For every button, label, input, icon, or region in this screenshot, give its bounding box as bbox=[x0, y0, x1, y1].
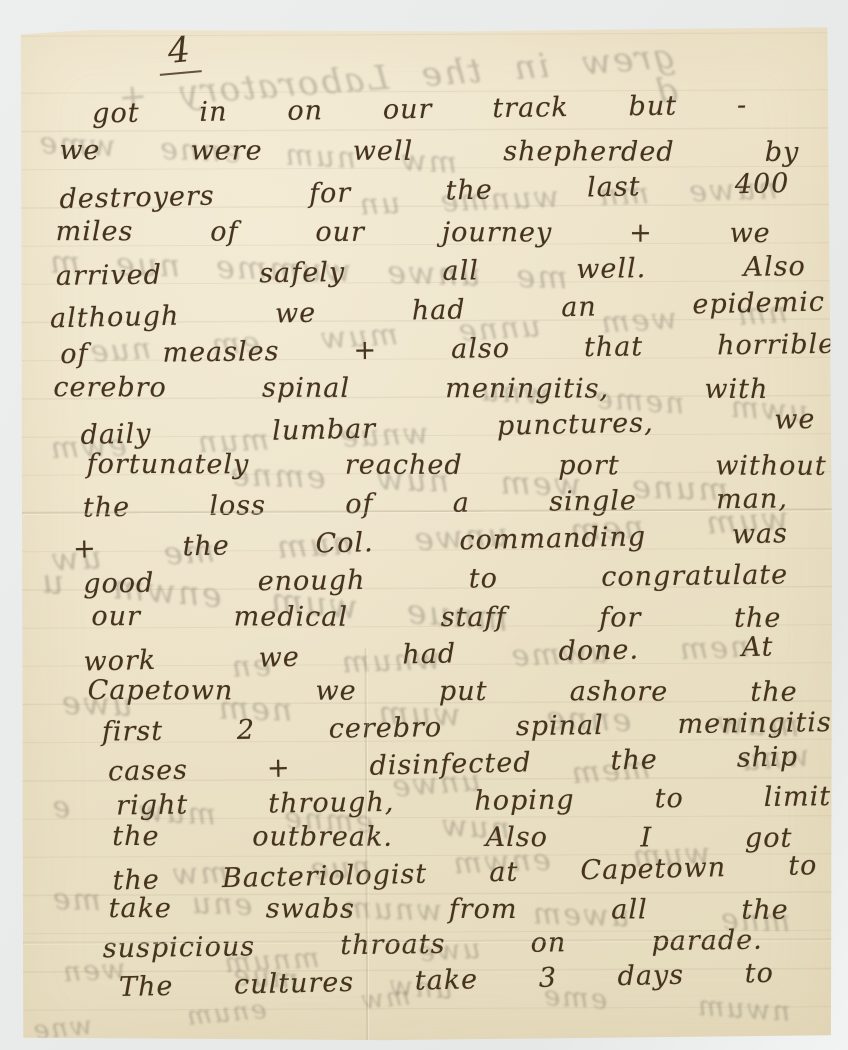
handwriting-line: good enough to congratulate bbox=[83, 561, 788, 599]
handwriting-line: arrived safely all well. Also bbox=[56, 253, 806, 291]
handwriting-line: the loss of a single man, bbox=[83, 485, 788, 523]
handwriting-layer: got in on our track but - we were well s… bbox=[17, 26, 830, 30]
handwriting-line: miles of our journey + we bbox=[56, 218, 771, 248]
handwriting-line: our medical staff for the bbox=[91, 603, 781, 633]
page-number: 4 bbox=[156, 29, 202, 76]
handwriting-line: the outbreak. Also I got bbox=[112, 823, 792, 853]
handwriting-line: the Bacteriologist at Capetown to bbox=[112, 852, 817, 896]
handwriting-line: work we had done. At bbox=[83, 633, 773, 676]
handwriting-line: destroyers for the last 400 bbox=[59, 170, 789, 214]
handwriting-line: first 2 cerebro spinal meningitis bbox=[102, 709, 832, 747]
handwriting-line: although we had an epidemic bbox=[50, 288, 825, 333]
handwriting-line: we were well shepherded by bbox=[59, 137, 799, 167]
handwriting-line: got in on our track but - bbox=[92, 92, 747, 129]
handwriting-line: suspicious throats on parade. bbox=[103, 927, 763, 964]
handwriting-line: cases + disinfected the ship bbox=[108, 743, 798, 786]
handwriting-line: of measles + also that horrible bbox=[60, 331, 835, 369]
handwriting-line: The cultures take 3 days to bbox=[119, 960, 774, 1003]
handwritten-letter-page: grew in the Laboratory + d mw num enne w… bbox=[17, 26, 834, 1042]
bleedthrough-layer: grew in the Laboratory + d mw num enne w… bbox=[17, 26, 830, 30]
handwriting-line: fortunately reached port without bbox=[87, 451, 827, 481]
handwriting-line: right through, hoping to limit bbox=[116, 783, 831, 821]
handwriting-line: cerebro spinal meningitis, with bbox=[53, 374, 768, 404]
handwriting-line: + the Col. commanding was bbox=[73, 520, 788, 564]
handwriting-line: daily lumbar punctures, we bbox=[80, 406, 815, 450]
handwriting-line: Capetown we put ashore the bbox=[88, 677, 798, 707]
handwriting-line: take swabs from all the bbox=[109, 895, 789, 925]
